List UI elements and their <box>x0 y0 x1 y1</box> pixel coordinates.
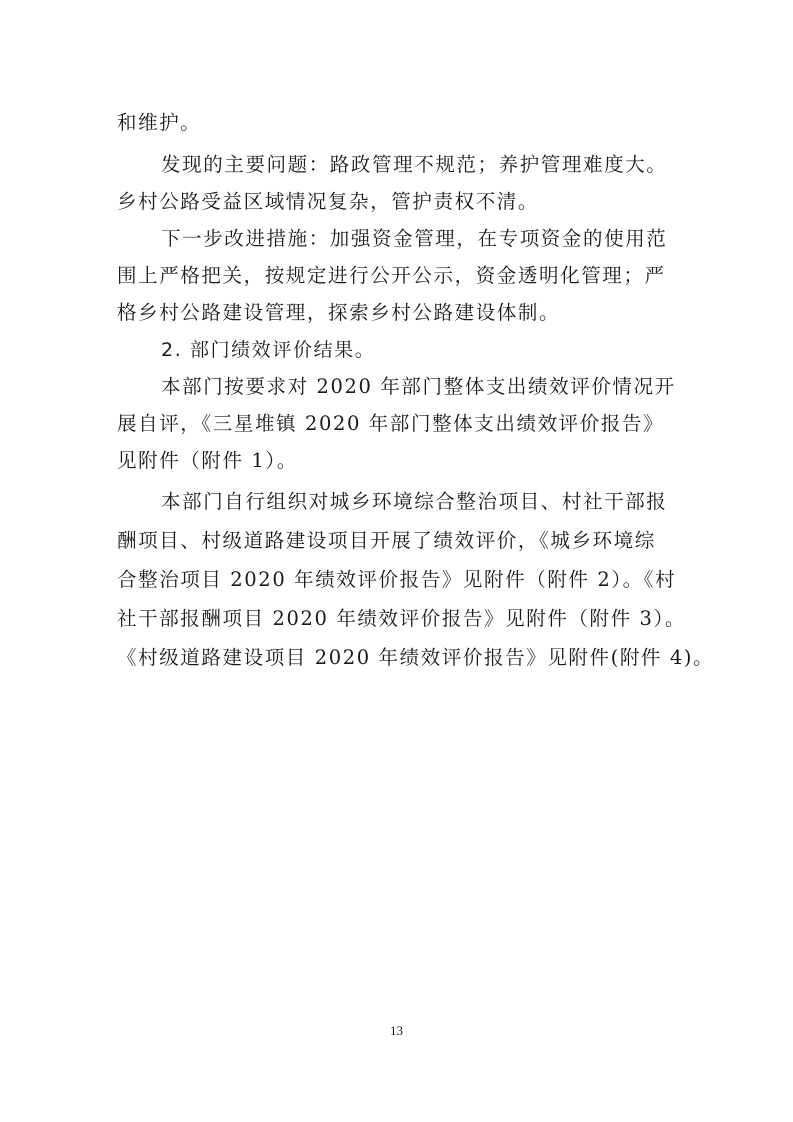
text-line: 围上严格把关，按规定进行公开公示，资金透明化管理；严 <box>117 263 666 289</box>
text-line: 下一步改进措施：加强资金管理，在专项资金的使用范 <box>161 226 667 252</box>
text-line: 和维护。 <box>117 110 201 136</box>
text-line: 本部门自行组织对城乡环境综合整治项目、村社干部报 <box>161 489 667 515</box>
text-line: 合整治项目 2020 年绩效评价报告》见附件（附件 2）。《村 <box>117 567 676 593</box>
document-page: 和维护。 发现的主要问题：路政管理不规范；养护管理难度大。 乡村公路受益区域情况… <box>0 0 793 1122</box>
text-line: 乡村公路受益区域情况复杂，管护责权不清。 <box>117 189 539 215</box>
text-line: 社干部报酬项目 2020 年绩效评价报告》见附件（附件 3）。 <box>117 606 686 632</box>
text-line: 见附件（附件 1）。 <box>117 448 298 474</box>
text-line: 本部门按要求对 2020 年部门整体支出绩效评价情况开 <box>161 374 676 400</box>
text-line: 酬项目、村级道路建设项目开展了绩效评价，《城乡环境综 <box>117 528 656 554</box>
text-line: 格乡村公路建设管理，探索乡村公路建设体制。 <box>117 300 560 326</box>
page-number: 13 <box>0 1023 793 1039</box>
text-line: 《村级道路建设项目 2020 年绩效评价报告》见附件(附件 4)。 <box>117 645 714 671</box>
text-line: 发现的主要问题：路政管理不规范；养护管理难度大。 <box>161 152 667 178</box>
section-heading: 2. 部门绩效评价结果。 <box>161 337 375 363</box>
text-line: 展自评，《三星堆镇 2020 年部门整体支出绩效评价报告》 <box>117 411 664 437</box>
